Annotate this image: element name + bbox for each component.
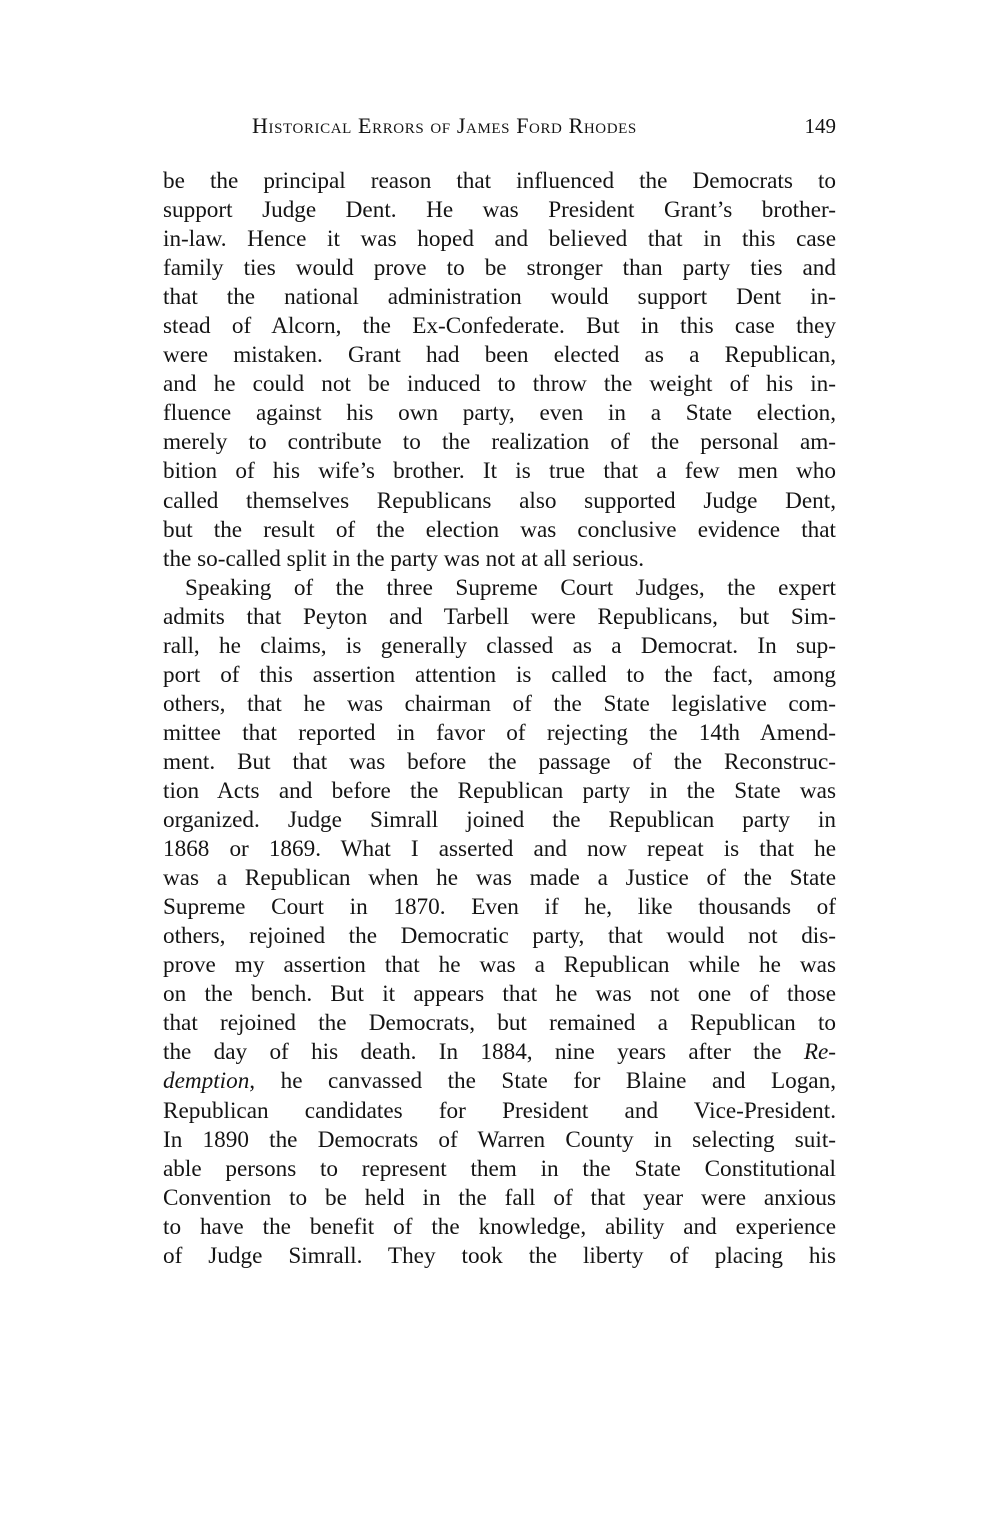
text-line: called themselves Republicans also suppo… [163,487,836,516]
paragraph: Speaking of the three Supreme Court Judg… [163,574,836,1271]
text-line: bition of his wife’s brother. It is true… [163,457,836,486]
text-line: the so-called split in the party was not… [163,545,836,574]
page-number: 149 [805,112,837,140]
text-line: of Judge Simrall. They took the liberty … [163,1242,836,1271]
text-line: mittee that reported in favor of rejecti… [163,719,836,748]
running-header: Historical Errors of James Ford Rhodes 1… [252,112,836,140]
text-line: that rejoined the Democrats, but remaine… [163,1009,836,1038]
running-header-title: Historical Errors of James Ford Rhodes [252,112,637,140]
text-line: Supreme Court in 1870. Even if he, like … [163,893,836,922]
text-line: able persons to represent them in the St… [163,1155,836,1184]
text-segment: the day of his death. In 1884, nine year… [163,1039,782,1065]
text-line: to have the benefit of the knowledge, ab… [163,1213,836,1242]
text-line: family ties would prove to be stronger t… [163,254,836,283]
text-line: merely to contribute to the realization … [163,428,836,457]
text-line: In 1890 the Democrats of Warren County i… [163,1126,836,1155]
text-line: ment. But that was before the passage of… [163,748,836,777]
text-line: stead of Alcorn, the Ex-Confederate. But… [163,312,836,341]
text-line: organized. Judge Simrall joined the Repu… [163,806,836,835]
text-line: Republican candidates for President and … [163,1097,836,1126]
text-line: Convention to be held in the fall of tha… [163,1184,836,1213]
text-line: but the result of the election was concl… [163,516,836,545]
text-line: port of this assertion attention is call… [163,661,836,690]
text-line: in-law. Hence it was hoped and believed … [163,225,836,254]
text-line: the day of his death. In 1884, nine year… [163,1038,836,1067]
body-text: be the principal reason that influenced … [163,167,836,1271]
text-line: was a Republican when he was made a Just… [163,864,836,893]
text-line: be the principal reason that influenced … [163,167,836,196]
text-line: rall, he claims, is generally classed as… [163,632,836,661]
text-line: Speaking of the three Supreme Court Judg… [163,574,836,603]
text-line: and he could not be induced to throw the… [163,370,836,399]
text-segment: he canvassed the State for Blaine and Lo… [255,1068,836,1094]
italic-text: Re- [804,1039,836,1065]
text-line: that the national administration would s… [163,283,836,312]
text-line: others, that he was chairman of the Stat… [163,690,836,719]
paragraph-continued: be the principal reason that influenced … [163,167,836,574]
text-line: fluence against his own party, even in a… [163,399,836,428]
text-line: support Judge Dent. He was President Gra… [163,196,836,225]
text-line: on the bench. But it appears that he was… [163,980,836,1009]
italic-text: demption, [163,1068,255,1094]
text-line: tion Acts and before the Republican part… [163,777,836,806]
text-line: were mistaken. Grant had been elected as… [163,341,836,370]
text-line: 1868 or 1869. What I asserted and now re… [163,835,836,864]
text-line: prove my assertion that he was a Republi… [163,951,836,980]
text-line: demption, he canvassed the State for Bla… [163,1067,836,1096]
text-line: admits that Peyton and Tarbell were Repu… [163,603,836,632]
text-line: others, rejoined the Democratic party, t… [163,922,836,951]
book-page: Historical Errors of James Ford Rhodes 1… [0,0,1000,1520]
